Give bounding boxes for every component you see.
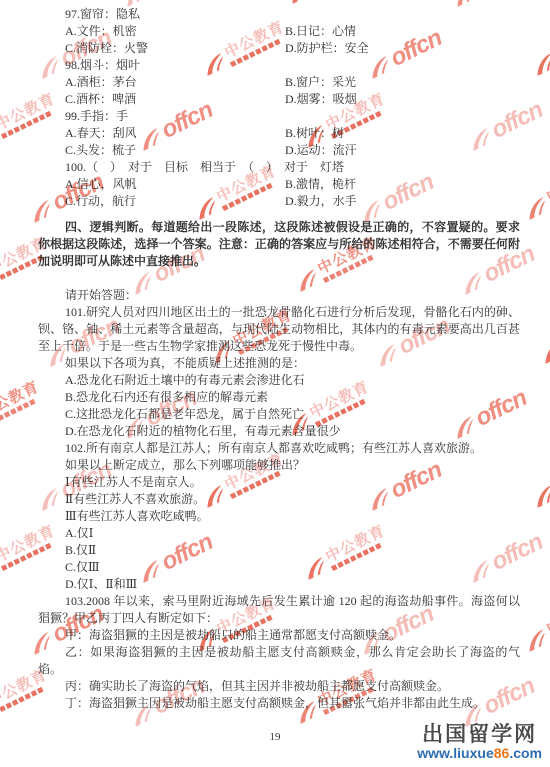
- question-99-row-ab: A.春天：刮风 B.树叶：树: [38, 125, 520, 142]
- question-100-row-cd: C.行动，航行 D.毅力，水手: [38, 193, 520, 210]
- question-97-stem: 97.窗帘：隐私: [38, 6, 520, 23]
- url-86: 86: [494, 745, 510, 761]
- option-99-b: B.树叶：树: [285, 125, 520, 142]
- watermark-zhonggong: 中公教育: [528, 19, 550, 79]
- site-name: 出国留学网: [417, 723, 542, 746]
- question-101-stem: 101.研究人员对四川地区出土的一批恐龙骨骼化石进行分析后发现，骨骼化石内的砷、…: [38, 304, 520, 355]
- option-101-a: A.恐龙化石附近土壤中的有毒元素会渗进化石: [38, 372, 520, 389]
- question-98-row-ab: A.酒柜：茅台 B.窗户：采光: [38, 74, 520, 91]
- offcn-swoosh-icon: [521, 627, 550, 653]
- offcn-swoosh-icon: [284, 0, 313, 5]
- watermark-zhonggong-text: 中公教育: [544, 595, 550, 637]
- offcn-swoosh-icon: [521, 195, 550, 221]
- option-98-d: D.烟雾：吸烟: [285, 91, 520, 108]
- question-98-row-cd: C.酒杯：啤酒 D.烟雾：吸烟: [38, 91, 520, 108]
- option-99-a: A.春天：刮风: [65, 125, 285, 142]
- option-97-d: D.防护栏：安全: [285, 40, 520, 57]
- statement-102-ii: Ⅱ有些江苏人不喜欢旅游。: [38, 491, 520, 508]
- statement-103-yi: 乙：如果海盗猖獗的主因是被劫船主愿支付高额赎金，那么肯定会助长了海盗的气焰。: [38, 644, 520, 678]
- url-suffix: .com: [509, 745, 542, 761]
- exam-page: 中公教育offcn中公教育offcnoffcn中公教育offcn中公教育中公教育…: [0, 0, 550, 767]
- watermark-zhonggong-text: 中公教育: [0, 379, 42, 421]
- watermark-offcn-text: offcn: [141, 0, 201, 1]
- liuxue86-logo: 出国留学网 www.liuxue86.com: [417, 723, 542, 761]
- document-content: 97.窗帘：隐私 A.文件：机密 B.日记：心情 C.消防栓：火警 D.防护栏：…: [38, 6, 520, 712]
- spacer: [38, 270, 520, 287]
- option-102-c: C.仅Ⅲ: [38, 559, 520, 576]
- begin-answering-label: 请开始答题：: [38, 287, 520, 304]
- option-97-b: B.日记：心情: [285, 23, 520, 40]
- option-100-d: D.毅力，水手: [285, 193, 520, 210]
- question-102-stem: 102.所有南京人都是江苏人；所有南京人都喜欢吃咸鸭；有些江苏人喜欢旅游。: [38, 440, 520, 457]
- option-99-d: D.运动：流汗: [285, 142, 520, 159]
- option-101-c: C.这批恐龙化石都是老年恐龙，属于自然死亡: [38, 406, 520, 423]
- offcn-swoosh-icon: [537, 339, 550, 365]
- watermark-zhonggong: 中公教育: [536, 307, 550, 367]
- option-97-c: C.消防栓：火警: [65, 40, 285, 57]
- question-100-stem: 100.（ ） 对于 目标 相当于 （ ） 对于 灯塔: [38, 159, 520, 176]
- option-102-d: D.仅Ⅰ、Ⅱ和Ⅲ: [38, 576, 520, 593]
- statement-103-jia: 甲：海盗猖獗的主因是被劫船只的船主通常都愿支付高额赎金。: [38, 627, 520, 644]
- statement-103-bing: 丙：确实助长了海盗的气焰，但其主因并非被劫船主都愿支付高额赎金。: [38, 678, 520, 695]
- option-98-a: A.酒柜：茅台: [65, 74, 285, 91]
- option-97-a: A.文件：机密: [65, 23, 285, 40]
- watermark-zhonggong: 中公教育: [520, 163, 550, 223]
- question-99-stem: 99.手指：手: [38, 108, 520, 125]
- question-97-row-cd: C.消防栓：火警 D.防护栏：安全: [38, 40, 520, 57]
- option-100-c: C.行动，航行: [65, 193, 285, 210]
- url-prefix: www.liuxue: [417, 745, 494, 761]
- watermark-zhonggong-text: 中公教育: [544, 163, 550, 205]
- option-101-b: B.恐龙化石内还有很多相应的解毒元素: [38, 389, 520, 406]
- question-99-row-cd: C.头发：梳子 D.运动：流汗: [38, 142, 520, 159]
- question-101-ask: 如果以下各项为真，不能质疑上述推测的是：: [38, 355, 520, 372]
- option-102-b: B.仅Ⅱ: [38, 542, 520, 559]
- option-98-c: C.酒杯：啤酒: [65, 91, 285, 108]
- option-100-a: A.信心，风帆: [65, 176, 285, 193]
- statement-103-ding: 丁：海盗猖獗主因是被劫船主愿支付高额赎金，但其嚣张气焰并非都由此生成。: [38, 695, 520, 712]
- site-url: www.liuxue86.com: [417, 746, 542, 761]
- question-97-row-ab: A.文件：机密 B.日记：心情: [38, 23, 520, 40]
- statement-102-i: Ⅰ有些江苏人不是南京人。: [38, 474, 520, 491]
- watermark-offcn-text: offcn: [471, 0, 531, 1]
- question-100-row-ab: A.信心，风帆 B.激情，桅杆: [38, 176, 520, 193]
- option-102-a: A.仅Ⅰ: [38, 525, 520, 542]
- watermark-zhonggong: 中公教育: [520, 595, 550, 655]
- option-101-d: D.在恐龙化石附近的植物化石里，有毒元素含量很少: [38, 423, 520, 440]
- option-100-b: B.激情，桅杆: [285, 176, 520, 193]
- question-98-stem: 98.烟斗：烟叶: [38, 57, 520, 74]
- watermark-zhonggong: 中公教育: [528, 451, 550, 511]
- question-103-stem: 103.2008 年以来，索马里附近海域先后发生累计逾 120 起的海盗劫船事件…: [38, 593, 520, 627]
- spacer: [38, 210, 520, 219]
- section-4-instructions: 四、逻辑判断。每道题给出一段陈述，这段陈述被假设是正确的，不容置疑的。要求你根据…: [38, 219, 520, 270]
- option-98-b: B.窗户：采光: [285, 74, 520, 91]
- statement-102-iii: Ⅲ有些江苏人喜欢吃咸鸭。: [38, 508, 520, 525]
- offcn-swoosh-icon: [529, 51, 550, 77]
- offcn-swoosh-icon: [529, 483, 550, 509]
- question-102-ask: 如果以上断定成立，那么下列哪项能够推出？: [38, 457, 520, 474]
- option-99-c: C.头发：梳子: [65, 142, 285, 159]
